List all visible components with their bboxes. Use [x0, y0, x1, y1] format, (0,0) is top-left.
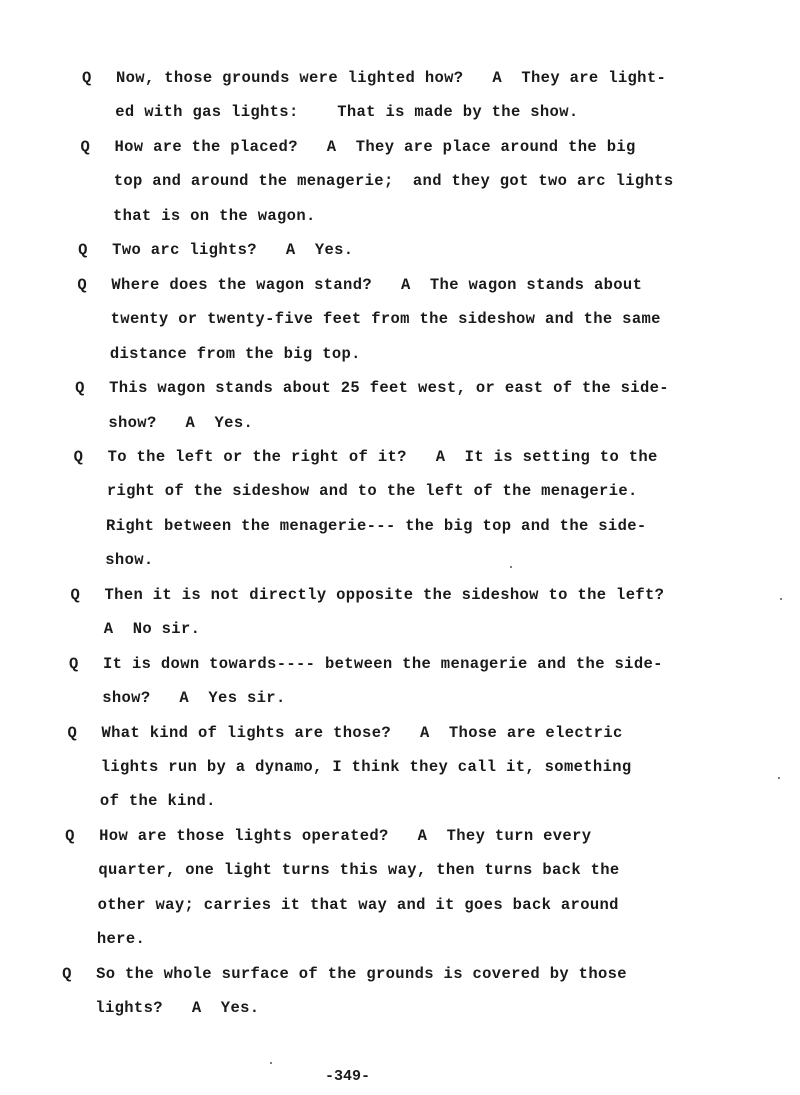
transcript-line: How are the placed? A They are place aro…: [114, 137, 635, 157]
transcript-line: distance from the big top.: [110, 344, 361, 364]
speaker-label: Q: [82, 68, 92, 88]
transcript-line: show? A Yes sir.: [102, 688, 285, 708]
speaker-label: Q: [62, 964, 72, 984]
transcript-line: that is on the wagon.: [113, 206, 316, 226]
transcript-line: top and around the menagerie; and they g…: [114, 171, 674, 191]
speaker-label: Q: [71, 585, 81, 605]
transcript-page: QNow, those grounds were lighted how? A …: [0, 0, 800, 1095]
transcript-line: of the kind.: [100, 791, 216, 811]
transcript-line: To the left or the right of it? A It is …: [108, 447, 658, 467]
speaker-label: Q: [77, 275, 87, 295]
speaker-label: Q: [75, 378, 85, 398]
transcript-line: lights? A Yes.: [95, 998, 259, 1018]
speaker-label: Q: [65, 826, 75, 846]
transcript-line: It is down towards---- between the menag…: [103, 654, 663, 674]
transcript-line: ed with gas lights: That is made by the …: [115, 102, 578, 122]
transcript-line: other way; carries it that way and it go…: [98, 895, 619, 915]
speaker-label: Q: [78, 240, 88, 260]
transcript-line: Two arc lights? A Yes.: [112, 240, 353, 260]
transcript-line: What kind of lights are those? A Those a…: [101, 723, 622, 743]
speaker-label: Q: [74, 447, 84, 467]
speaker-label: Q: [67, 723, 77, 743]
page-number: -349-: [325, 1068, 370, 1085]
transcript-line: How are those lights operated? A They tu…: [99, 826, 591, 846]
scan-speck: [270, 1062, 272, 1064]
transcript-line: Right between the menagerie--- the big t…: [106, 516, 646, 536]
transcript-line: twenty or twenty-five feet from the side…: [111, 309, 661, 329]
scan-speck: [510, 566, 512, 568]
transcript-line: Then it is not directly opposite the sid…: [105, 585, 665, 605]
transcript-line: here.: [97, 929, 145, 949]
transcript-line: lights run by a dynamo, I think they cal…: [101, 757, 632, 777]
scan-speck: [780, 598, 782, 600]
transcript-line: quarter, one light turns this way, then …: [98, 860, 619, 880]
transcript-line: Now, those grounds were lighted how? A T…: [116, 68, 666, 88]
transcript-line: A No sir.: [104, 619, 201, 639]
transcript-line: show.: [105, 550, 153, 570]
transcript-line: Where does the wagon stand? A The wagon …: [111, 275, 642, 295]
scan-speck: [778, 777, 780, 779]
speaker-label: Q: [80, 137, 90, 157]
transcript-line: So the whole surface of the grounds is c…: [96, 964, 627, 984]
speaker-label: Q: [69, 654, 79, 674]
transcript-line: show? A Yes.: [108, 413, 253, 433]
transcript-line: right of the sideshow and to the left of…: [107, 481, 638, 501]
transcript-line: This wagon stands about 25 feet west, or…: [109, 378, 669, 398]
